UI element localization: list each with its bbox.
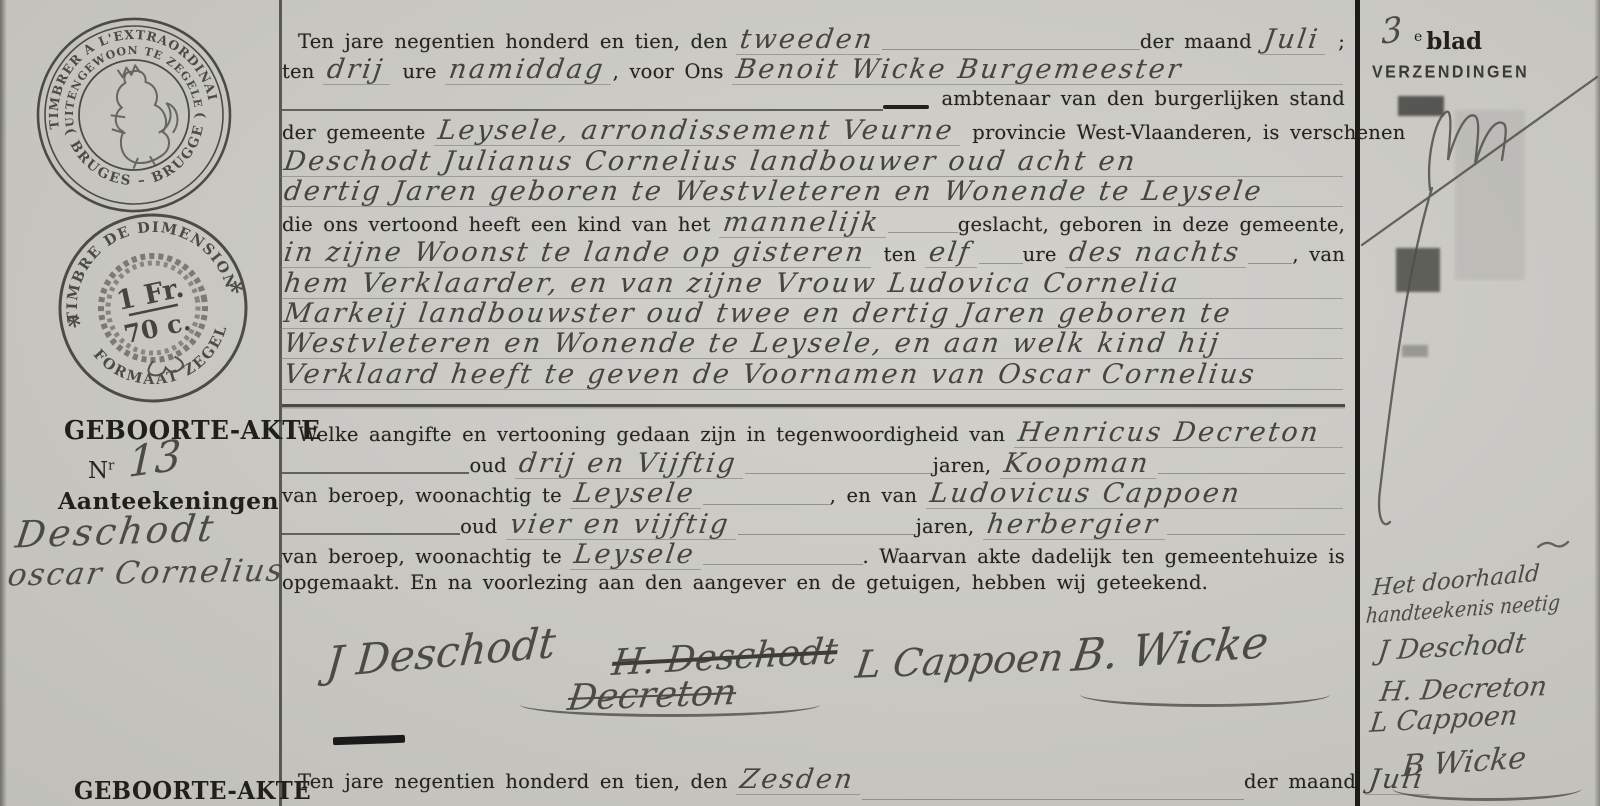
ruled-blank bbox=[282, 472, 469, 474]
stamp-arc-text: ( BRUGES – BRUGGE ) bbox=[61, 108, 217, 199]
annotation-firstnames: oscar Cornelius bbox=[6, 556, 287, 592]
handwritten-entry: Leysele bbox=[570, 541, 705, 570]
sheet-ordinal-sup: e bbox=[1414, 29, 1422, 45]
margin-signature: H. Decreton bbox=[1378, 673, 1549, 706]
handwritten-entry: Koopman bbox=[1000, 450, 1160, 479]
handwritten-entry: Zesden bbox=[736, 766, 864, 795]
margin-signature: J Deschodt bbox=[1376, 630, 1527, 665]
printed-text: ten bbox=[873, 243, 926, 266]
stamp-star-right: * bbox=[228, 276, 248, 308]
number-prefix: N bbox=[88, 458, 108, 484]
section-divider bbox=[282, 404, 1345, 407]
handwritten-entry: elf bbox=[925, 239, 981, 268]
printed-text: . Waarvan akte dadelijk ten gemeentehuiz… bbox=[863, 545, 1345, 568]
act-body: Ten jare negentien honderd en tien, den … bbox=[282, 26, 1345, 602]
sheet-label: eblad bbox=[1414, 28, 1482, 55]
printed-text: der gemeente bbox=[282, 121, 436, 144]
handwritten-entry: namiddag bbox=[445, 56, 615, 85]
sheet-word: blad bbox=[1426, 28, 1482, 55]
ruled-blank bbox=[282, 533, 460, 535]
ruled-blank bbox=[282, 109, 883, 111]
handwritten-entry: Juli bbox=[1260, 26, 1330, 55]
printed-text: Ten jare negentien honderd en tien, den bbox=[298, 30, 738, 53]
act-line: dertig Jaren geboren te Westvleteren en … bbox=[282, 178, 1345, 208]
margin-signature: L Cappoen bbox=[1368, 702, 1519, 737]
printed-text: ten bbox=[282, 60, 325, 83]
act-line: ten drij ure namiddag, voor Ons Benoit W… bbox=[282, 56, 1345, 86]
ruled-blank bbox=[1158, 473, 1345, 474]
stamp-star-left: * bbox=[65, 310, 85, 342]
printed-text: , en van bbox=[830, 484, 928, 507]
printed-text: der maand bbox=[1140, 30, 1263, 53]
act-number-label: Nr bbox=[88, 458, 114, 484]
act-line: Westvleteren en Wonende te Leysele, en a… bbox=[282, 330, 1345, 360]
next-act-type-label: GEBOORTE-AKTE bbox=[74, 776, 311, 805]
diagonal-stroke bbox=[1362, 77, 1597, 245]
handwritten-entry: Leysele, arrondissement Veurne bbox=[434, 117, 964, 146]
act-line: opgemaakt. En na voorlezing aan den aang… bbox=[282, 571, 1345, 601]
annotation-surname: Deschodt bbox=[13, 509, 218, 553]
printed-text: van beroep, woonachtig te bbox=[282, 484, 572, 507]
handwritten-entry: Verklaard heeft te geven de Voornamen va… bbox=[280, 361, 1347, 390]
printed-text: die ons vertoond heeft een kind van het bbox=[282, 213, 721, 236]
act-line: van beroep, woonachtig te Leysele. Waarv… bbox=[282, 541, 1345, 571]
handwritten-entry: Leysele bbox=[570, 480, 705, 509]
handwritten-entry: Westvleteren en Wonende te Leysele, en a… bbox=[280, 330, 1347, 359]
printed-text: Welke aangifte en vertooning gedaan zijn… bbox=[298, 423, 1016, 446]
signature-flourish bbox=[1392, 776, 1582, 801]
act-number-value: 13 bbox=[128, 434, 182, 484]
handwritten-entry: herbergier bbox=[983, 511, 1169, 540]
act-line: Welke aangifte en vertooning gedaan zijn… bbox=[282, 419, 1345, 449]
handwritten-entry: Ludovicus Cappoen bbox=[926, 480, 1347, 509]
printed-text: jaren, bbox=[916, 515, 985, 538]
ruled-blank bbox=[979, 263, 1023, 264]
act-line: Ten jare negentien honderd en tien, den … bbox=[282, 26, 1345, 56]
ruled-blank bbox=[703, 564, 862, 565]
printed-text: , voor Ons bbox=[613, 60, 734, 83]
pen-paraph-strokes bbox=[1356, 60, 1600, 620]
birth-certificate-scan: A TIMBRER A L'EXTRAORDINAIRE BUITENGEWOO… bbox=[0, 0, 1600, 806]
printed-text: geslacht, geboren in deze gemeente, bbox=[958, 213, 1345, 236]
act-line: Deschodt Julianus Cornelius landbouwer o… bbox=[282, 148, 1345, 178]
act-line: der gemeente Leysele, arrondissement Veu… bbox=[282, 117, 1345, 147]
handwritten-entry: drij bbox=[323, 56, 394, 85]
ruled-blank bbox=[1167, 534, 1345, 535]
act-line: die ons vertoond heeft een kind van het … bbox=[282, 209, 1345, 239]
handwritten-entry: Benoit Wicke Burgemeester bbox=[732, 56, 1347, 85]
printed-text: provincie West-Vlaanderen, is verschenen bbox=[962, 121, 1406, 144]
printed-text: ; bbox=[1328, 30, 1345, 53]
end-of-act-dash bbox=[333, 735, 405, 746]
handwritten-entry: vier en vijftig bbox=[506, 511, 740, 540]
handwritten-entry: dertig Jaren geboren te Westvleteren en … bbox=[280, 178, 1347, 207]
act-line: hem Verklaarder, en van zijne Vrouw Ludo… bbox=[282, 270, 1345, 300]
ruled-blank bbox=[745, 473, 932, 474]
printed-text: Ten jare negentien honderd en tien, den bbox=[298, 770, 738, 793]
signature-declarant: J Deschodt bbox=[325, 622, 558, 685]
ruled-blank bbox=[703, 504, 829, 505]
svg-text:( BRUGES – BRUGGE ): ( BRUGES – BRUGGE ) bbox=[61, 108, 217, 199]
signature-flourish bbox=[1080, 682, 1330, 707]
printed-text: ure bbox=[1023, 243, 1067, 266]
ruled-blank bbox=[882, 49, 1140, 50]
handwritten-entry: tweeden bbox=[736, 26, 884, 55]
act-line: in zijne Woonst te lande op gisteren ten… bbox=[282, 239, 1345, 269]
page-left-edge-shadow bbox=[0, 0, 7, 806]
ruled-blank bbox=[738, 534, 916, 535]
next-act-body: Ten jare negentien honderd en tien, den … bbox=[282, 766, 1432, 806]
handwritten-entry: hem Verklaarder, en van zijne Vrouw Ludo… bbox=[280, 270, 1347, 299]
act-line: Markeij landbouwster oud twee en dertig … bbox=[282, 300, 1345, 330]
act-line: oud vier en vijftigjaren, herbergier bbox=[282, 511, 1345, 541]
printed-text: van beroep, woonachtig te bbox=[282, 545, 572, 568]
handwritten-entry: des nachts bbox=[1065, 239, 1250, 268]
signature-officer: B. Wicke bbox=[1069, 621, 1271, 679]
handwritten-entry: in zijne Woonst te lande op gisteren bbox=[280, 239, 875, 268]
handwritten-entry: Henricus Decreton bbox=[1013, 419, 1347, 448]
handwritten-entry: Markeij landbouwster oud twee en dertig … bbox=[280, 300, 1347, 329]
printed-text: opgemaakt. En na voorlezing aan den aang… bbox=[282, 571, 1208, 594]
thick-dash bbox=[883, 105, 929, 110]
printed-text: , van bbox=[1292, 243, 1345, 266]
sheet-number-value: 3 bbox=[1381, 12, 1404, 50]
small-squiggle bbox=[1538, 542, 1568, 547]
number-sup: r bbox=[108, 458, 114, 473]
paraph-tail bbox=[1379, 188, 1432, 524]
act-line: oud drij en Vijftigjaren, Koopman bbox=[282, 450, 1345, 480]
signature-witness2: L Cappoen bbox=[853, 638, 1066, 683]
act-line: Verklaard heeft te geven de Voornamen va… bbox=[282, 361, 1345, 391]
printed-text: ure bbox=[392, 60, 447, 83]
printed-text: oud bbox=[460, 515, 508, 538]
printed-text: ambtenaar van den burgerlijken stand bbox=[941, 87, 1345, 110]
signature-flourish bbox=[520, 692, 820, 717]
act-line: van beroep, woonachtig te Leysele, en va… bbox=[282, 480, 1345, 510]
act-line: ambtenaar van den burgerlijken stand bbox=[282, 87, 1345, 117]
handwritten-entry: mannelijk bbox=[719, 209, 890, 238]
printed-text: oud bbox=[469, 454, 517, 477]
ruled-blank bbox=[888, 232, 958, 233]
act-line: Ten jare negentien honderd en tien, den … bbox=[282, 766, 1432, 806]
printed-text: jaren, bbox=[933, 454, 1002, 477]
handwritten-entry: Deschodt Julianus Cornelius landbouwer o… bbox=[280, 148, 1347, 177]
dimension-stamp: TIMBRE DE DIMENSION FORMAAT ZEGEL * * 1 … bbox=[33, 189, 272, 427]
ruled-blank bbox=[862, 799, 1244, 800]
printed-text: der maand bbox=[1244, 770, 1367, 793]
ruled-blank bbox=[1248, 263, 1292, 264]
handwritten-entry: drij en Vijftig bbox=[515, 450, 747, 479]
